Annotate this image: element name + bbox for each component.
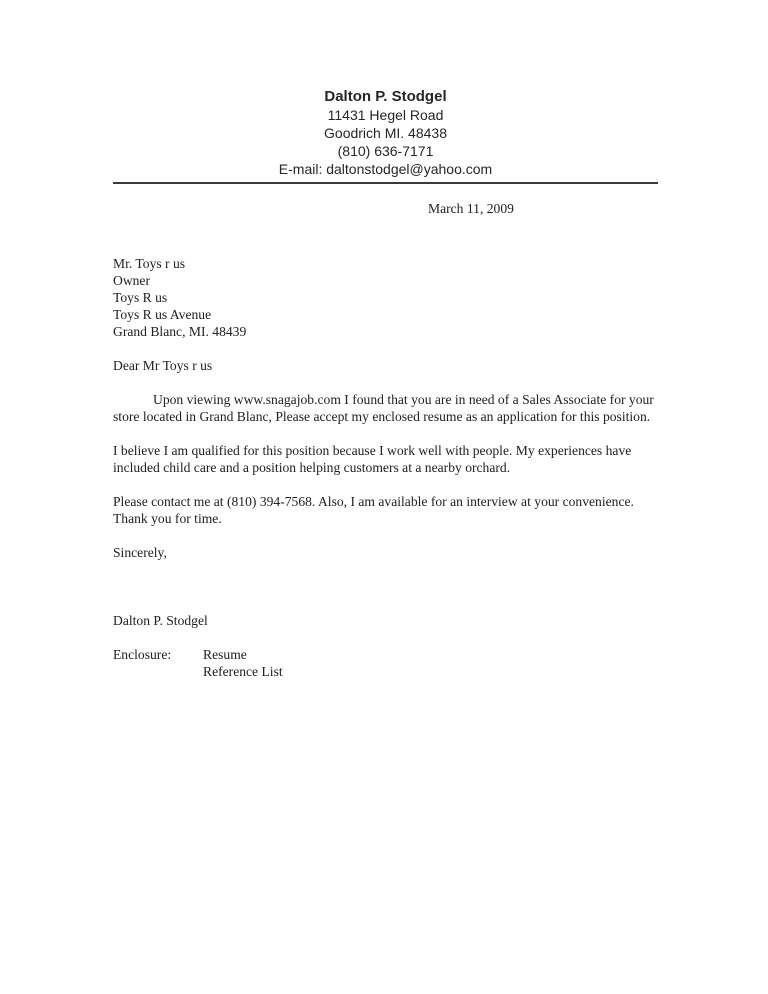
letter-content-column: Dalton P. Stodgel 11431 Hegel Road Goodr…: [113, 0, 658, 680]
recipient-line: Toys R us Avenue: [113, 306, 658, 323]
recipient-address-block: Mr. Toys r us Owner Toys R us Toys R us …: [113, 255, 658, 340]
letter-body: March 11, 2009 Mr. Toys r us Owner Toys …: [113, 200, 658, 680]
enclosure-item: Resume: [203, 646, 283, 663]
signature-name: Dalton P. Stodgel: [113, 612, 658, 629]
enclosure-section: Enclosure: Resume Reference List: [113, 646, 658, 680]
paragraph-intro: Upon viewing www.snagajob.com I found th…: [113, 391, 658, 425]
letterhead-city: Goodrich MI. 48438: [113, 124, 658, 142]
letter-page: Dalton P. Stodgel 11431 Hegel Road Goodr…: [0, 0, 768, 994]
letterhead: Dalton P. Stodgel 11431 Hegel Road Goodr…: [113, 0, 658, 184]
paragraph-contact: Please contact me at (810) 394-7568. Als…: [113, 493, 658, 527]
letterhead-email: E-mail: daltonstodgel@yahoo.com: [113, 160, 658, 178]
enclosure-items: Resume Reference List: [203, 646, 283, 680]
recipient-line: Owner: [113, 272, 658, 289]
letterhead-street: 11431 Hegel Road: [113, 106, 658, 124]
recipient-line: Grand Blanc, MI. 48439: [113, 323, 658, 340]
recipient-line: Mr. Toys r us: [113, 255, 658, 272]
letterhead-name: Dalton P. Stodgel: [113, 88, 658, 106]
closing-salutation: Sincerely,: [113, 544, 658, 561]
enclosure-item: Reference List: [203, 663, 283, 680]
enclosure-label: Enclosure:: [113, 646, 203, 680]
letterhead-phone: (810) 636-7171: [113, 142, 658, 160]
date-line: March 11, 2009: [113, 200, 658, 217]
paragraph-qualifications: I believe I am qualified for this positi…: [113, 442, 658, 476]
recipient-line: Toys R us: [113, 289, 658, 306]
salutation: Dear Mr Toys r us: [113, 357, 658, 374]
